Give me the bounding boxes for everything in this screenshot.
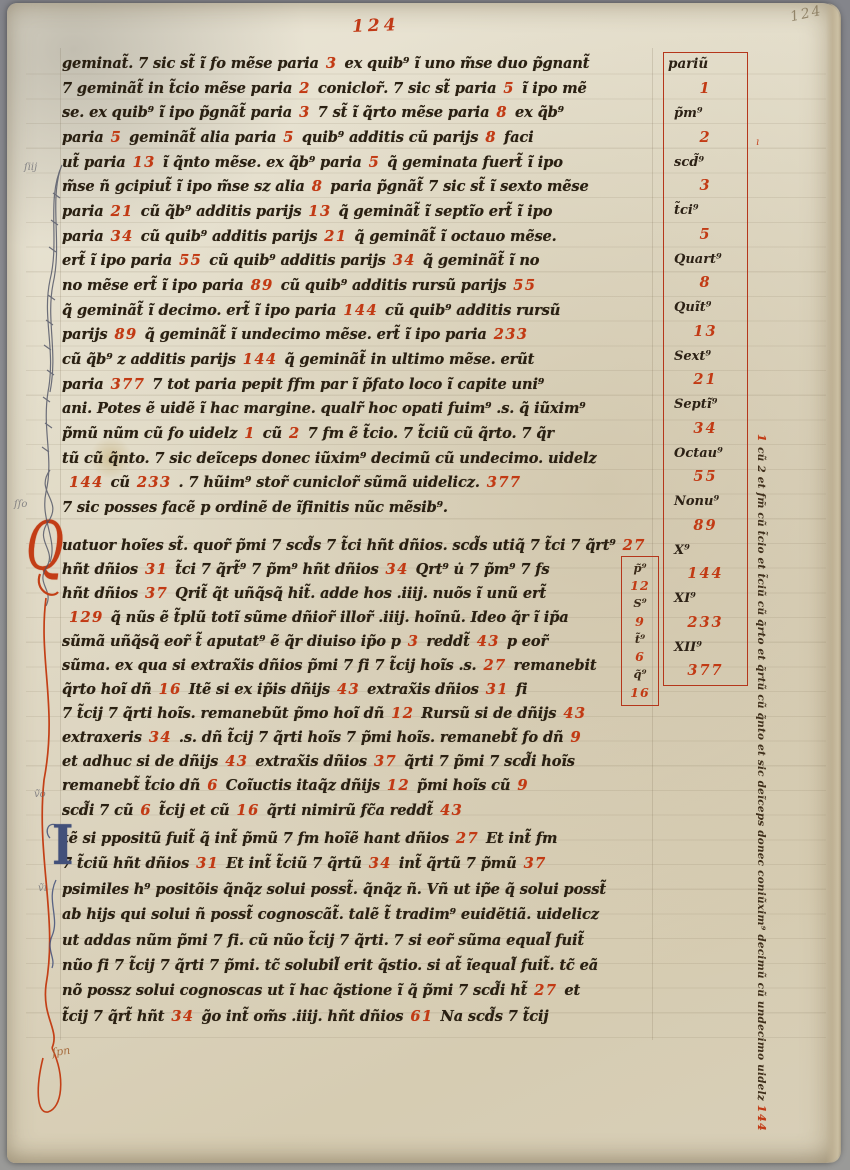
- red-numeral: 55: [513, 277, 536, 294]
- red-numeral: 9: [517, 777, 529, 794]
- fib-label: Sext⁹: [666, 350, 745, 363]
- text-segment: reddt̃: [426, 633, 469, 650]
- fib-value: 377: [666, 664, 745, 679]
- text-segment: 7 fm ẽ t̃cio. 7 t̃ciũ cũ q̃rto. 7 q̃r: [308, 425, 554, 442]
- fib-value: 5: [666, 228, 745, 243]
- red-numeral: 43: [225, 753, 248, 770]
- red-numeral: 1: [244, 425, 256, 442]
- fib-label: Octau⁹: [666, 447, 745, 460]
- red-numeral: 9: [570, 729, 582, 746]
- red-numeral: 8: [496, 104, 508, 121]
- text-line: extraxeris34.s. dñ t̃cij 7 q̃rti hoĩs 7 …: [62, 726, 656, 750]
- text-line: geminat̃. 7 sic st̃ ĩ fo mẽse paria3ex q…: [62, 52, 656, 77]
- red-numeral: 27: [483, 657, 506, 674]
- fib-value: 1: [666, 82, 745, 97]
- solution-value: 16: [630, 687, 649, 700]
- text-segment: nõ possz solui cognoscas ut ĩ hac q̃stio…: [62, 982, 527, 999]
- margin-mark: ṽo: [34, 790, 46, 800]
- text-segment: p eor̃: [507, 633, 548, 650]
- red-numeral: 6: [207, 777, 219, 794]
- text-segment: q̃ geminãt̃ ĩ decimo. ert̃ ĩ ipo paria: [62, 302, 336, 319]
- red-numeral: 16: [159, 681, 182, 698]
- fib-value: 144: [666, 567, 745, 582]
- margin-mark: ı: [756, 138, 759, 148]
- text-segment: Et int̃ t̃ciũ 7 q̃rtũ: [226, 855, 362, 872]
- text-line: 7 t̃ciũ hñt dñios31Et int̃ t̃ciũ 7 q̃rtũ…: [62, 851, 656, 876]
- red-numeral: 8: [485, 129, 497, 146]
- text-segment: q̃ geminãt̃ in ultimo mẽse. erũt: [284, 351, 534, 368]
- red-numeral: 89: [115, 326, 138, 343]
- red-numeral: 3: [299, 104, 311, 121]
- text-segment: paria: [62, 376, 104, 393]
- text-segment: ut addas nũm p̃mi 7 fi. cũ nũo t̃cij 7 q…: [62, 932, 584, 949]
- red-numeral: 34: [386, 561, 409, 578]
- margin-mark: ſiij: [24, 163, 37, 173]
- text-segment: geminãt̃ alia paria: [129, 129, 276, 146]
- text-line: 7 sic posses facẽ p ordinẽ de ĩfinitis n…: [62, 496, 656, 521]
- text-segment: 7 sic posses facẽ p ordinẽ de ĩfinitis n…: [62, 499, 448, 516]
- red-numeral: 144: [69, 474, 104, 491]
- red-numeral: 55: [179, 252, 202, 269]
- text-segment: q̃rto hoĩ dñ: [62, 681, 152, 698]
- fib-value: 2: [666, 131, 745, 146]
- fib-value: 233: [666, 616, 745, 631]
- text-line: scd̃i 7 cũ6t̃cij et cũ16q̃rti nimirũ fc̃…: [62, 799, 656, 823]
- red-numeral: 61: [410, 1008, 433, 1025]
- red-numeral: 8: [312, 178, 324, 195]
- text-line: 144cũ233. 7 hũim⁹ stor̃ cuniclor̃ sũmã u…: [62, 471, 656, 496]
- text-segment: sũmã uñq̃sq̃ eor̃ t̃ aputat⁹ ẽ q̃r diuis…: [62, 633, 401, 650]
- red-numeral: 12: [391, 705, 414, 722]
- red-numeral: 34: [149, 729, 172, 746]
- red-numeral: 16: [237, 802, 260, 819]
- text-segment: ĩ q̃nto mẽse. ex q̃b⁹ paria: [163, 154, 362, 171]
- text-segment: Et int̃ fm: [486, 830, 557, 847]
- text-line: ab hijs qui solui ñ posst̃ cognoscãt̃. t…: [62, 902, 656, 927]
- red-numeral: 2: [289, 425, 301, 442]
- red-numeral: 43: [337, 681, 360, 698]
- red-numeral: 43: [563, 705, 586, 722]
- margin-note-lead-numeral: 1: [755, 434, 768, 443]
- red-numeral: 5: [111, 129, 123, 146]
- text-segment: cũ: [263, 425, 282, 442]
- paragraph-four-men-problem: uatuor hoĩes st̃. quor̃ p̃mi 7 scd̃s 7 t…: [62, 534, 656, 823]
- text-segment: sũma. ex qua si extrax̃is dñios p̃mi 7 f…: [62, 657, 476, 674]
- red-numeral: 2: [299, 80, 311, 97]
- text-segment: et adhuc si de dñijs: [62, 753, 218, 770]
- text-segment: hñt dñios: [62, 561, 138, 578]
- text-line: 129q̃ nũs ẽ t̃plũ totĩ sũme dñior̃ illor…: [62, 606, 656, 630]
- red-numeral: 144: [343, 302, 378, 319]
- red-numeral: 5: [369, 154, 381, 171]
- text-segment: t̃cij et cũ: [159, 802, 230, 819]
- text-segment: cũ q̃b⁹ additis parijs: [141, 203, 302, 220]
- fib-value: 8: [666, 276, 745, 291]
- fib-value: 21: [666, 373, 745, 388]
- margin-note-body: cũ 2 et fm̃ cũ t̃cio et t̃ciũ cũ q̃rto e…: [755, 447, 767, 1101]
- text-line: parijs89q̃ geminãt̃ ĩ undecimo mẽse. ert…: [62, 323, 656, 348]
- text-segment: extrax̃is dñios: [367, 681, 479, 698]
- text-line: no mẽse ert̃ ĩ ipo paria89cũ quib⁹ addit…: [62, 274, 656, 299]
- solution-label: q̃⁹: [633, 669, 646, 681]
- text-segment: geminat̃. 7 sic st̃ ĩ fo mẽse paria: [62, 55, 319, 72]
- fib-label: Quart⁹: [666, 253, 745, 266]
- solution-value: 12: [630, 580, 649, 593]
- text-line: sũma. ex qua si extrax̃is dñios p̃mi 7 f…: [62, 654, 656, 678]
- text-segment: cũ: [111, 474, 130, 491]
- text-segment: cũ quib⁹ additis rursũ: [385, 302, 560, 319]
- red-numeral: 3: [408, 633, 420, 650]
- text-line: paria3777 tot paria pepit ffm par ĩ p̃fa…: [62, 373, 656, 398]
- text-segment: faci: [504, 129, 534, 146]
- text-segment: hñt dñios: [62, 585, 138, 602]
- fib-label: Quĩt⁹: [666, 301, 745, 314]
- text-segment: no mẽse ert̃ ĩ ipo paria: [62, 277, 244, 294]
- red-numeral: 377: [487, 474, 522, 491]
- text-segment: Qrit̃ q̃t uñq̃sq̃ hit̃. adde hos .iiij. …: [175, 585, 546, 602]
- text-segment: int̃ q̃rtũ 7 p̃mũ: [399, 855, 517, 872]
- text-segment: quib⁹ additis cũ parijs: [302, 129, 479, 146]
- text-line: et adhuc si de dñijs43extrax̃is dñios37q…: [62, 750, 656, 774]
- text-segment: remanebit: [514, 657, 597, 674]
- text-line: nũo fi 7 t̃cij 7 q̃rti 7 p̃mi. tc̃ solub…: [62, 953, 656, 978]
- text-line: hñt dñios31t̃ci 7 q̃rt̃⁹ 7 p̃m⁹ hñt dñio…: [62, 558, 656, 582]
- text-segment: remanebt̃ t̃cio dñ: [62, 777, 200, 794]
- fib-value: 55: [666, 470, 745, 485]
- text-segment: Qrt⁹ u̇ 7 p̃m⁹ 7 fs: [416, 561, 550, 578]
- quire-numeral: 124: [352, 15, 400, 37]
- text-line: tẽ si ppositũ fuit̃ q̃ int̃ p̃mũ 7 fm ho…: [62, 826, 656, 851]
- text-segment: 7 tot paria pepit ffm par ĩ p̃fato loco …: [152, 376, 544, 393]
- text-line: p̃mũ nũm cũ fo uidelz1cũ27 fm ẽ t̃cio. 7…: [62, 422, 656, 447]
- paragraph-posed-between-pairs: tẽ si ppositũ fuit̃ q̃ int̃ p̃mũ 7 fm ho…: [62, 826, 656, 1029]
- text-line: nõ possz solui cognoscas ut ĩ hac q̃stio…: [62, 978, 656, 1003]
- text-segment: cũ quib⁹ additis parijs: [141, 228, 318, 245]
- solution-label: S⁹: [633, 598, 646, 610]
- text-segment: q̃ geminãt̃ ĩ undecimo mẽse. ert̃ ĩ ipo …: [145, 326, 487, 343]
- text-line: ut addas nũm p̃mi 7 fi. cũ nũo t̃cij 7 q…: [62, 928, 656, 953]
- text-segment: ert̃ ĩ ipo paria: [62, 252, 172, 269]
- text-segment: . 7 hũim⁹ stor̃ cuniclor̃ sũmã uidelicz.: [179, 474, 480, 491]
- text-line: ut̃ paria13ĩ q̃nto mẽse. ex q̃b⁹ paria5q…: [62, 151, 656, 176]
- text-segment: 7 t̃ciũ hñt dñios: [62, 855, 189, 872]
- text-line: hñt dñios37Qrit̃ q̃t uñq̃sq̃ hit̃. adde …: [62, 582, 656, 606]
- solution-value: 9: [635, 616, 645, 629]
- text-line: m̃se ñ gcipiut̃ ĩ ipo m̃se sz alia8paria…: [62, 175, 656, 200]
- text-segment: .s. dñ t̃cij 7 q̃rti hoĩs 7 p̃mi hoĩs. r…: [179, 729, 564, 746]
- text-segment: uatuor hoĩes st̃. quor̃ p̃mi 7 scd̃s 7 t…: [62, 537, 616, 554]
- red-numeral: 43: [477, 633, 500, 650]
- text-segment: cũ quib⁹ additis rursũ parijs: [281, 277, 507, 294]
- text-segment: se. ex quib⁹ ĩ ipo p̃gnãt̃ paria: [62, 104, 292, 121]
- text-segment: 7 st̃ ĩ q̃rto mẽse paria: [318, 104, 490, 121]
- red-numeral: 6: [140, 802, 152, 819]
- text-line: q̃rto hoĩ dñ16Itẽ si ex ip̃is dñijs43ext…: [62, 678, 656, 702]
- red-numeral: 34: [369, 855, 392, 872]
- red-numeral: 5: [503, 80, 515, 97]
- red-numeral: 21: [111, 203, 134, 220]
- text-segment: paria: [62, 129, 104, 146]
- fib-label: t̃ci⁹: [666, 204, 745, 217]
- text-segment: ab hijs qui solui ñ posst̃ cognoscãt̃. t…: [62, 906, 599, 923]
- text-line: cũ q̃b⁹ z additis parijs144q̃ geminãt̃ i…: [62, 348, 656, 373]
- fib-label: Septĩ⁹: [666, 398, 745, 411]
- text-segment: ut̃ paria: [62, 154, 126, 171]
- red-numeral: 377: [111, 376, 146, 393]
- text-segment: 7 t̃cij 7 q̃rti hoĩs. remanebũt p̃mo hoĩ…: [62, 705, 384, 722]
- solution-value: 6: [635, 651, 645, 664]
- red-numeral: 21: [324, 228, 347, 245]
- red-numeral: 5: [283, 129, 295, 146]
- text-segment: Rursũ si de dñijs: [421, 705, 556, 722]
- text-segment: q̃ geminãt̃ ĩ septĩo ert̃ ĩ ipo: [339, 203, 553, 220]
- margin-mark: ſpn: [51, 1045, 71, 1058]
- fib-label: XI⁹: [666, 592, 745, 605]
- fib-value: 34: [666, 422, 745, 437]
- text-segment: paria: [62, 203, 104, 220]
- text-line: paria34cũ quib⁹ additis parijs21q̃ gemin…: [62, 225, 656, 250]
- red-numeral: 89: [251, 277, 274, 294]
- text-segment: t̃ci 7 q̃rt̃⁹ 7 p̃m⁹ hñt dñios: [175, 561, 378, 578]
- text-segment: extrax̃is dñios: [255, 753, 367, 770]
- red-numeral: 233: [494, 326, 529, 343]
- text-segment: 7 geminãt̃ in t̃cio mẽse paria: [62, 80, 292, 97]
- fib-label: XII⁹: [666, 641, 745, 654]
- text-segment: ex q̃b⁹: [515, 104, 564, 121]
- text-line: paria21cũ q̃b⁹ additis parijs13q̃ geminã…: [62, 200, 656, 225]
- text-segment: psimiles h⁹ positõis q̃nq̃z solui posst̃…: [62, 881, 606, 898]
- text-segment: parijs: [62, 326, 108, 343]
- text-segment: q̃ geminata fuert̃ ĩ ipo: [387, 154, 563, 171]
- text-segment: Coĩuctis itaq̃z dñijs: [226, 777, 380, 794]
- text-line: sũmã uñq̃sq̃ eor̃ t̃ aputat⁹ ẽ q̃r diuis…: [62, 630, 656, 654]
- fib-value: 13: [666, 325, 745, 340]
- text-line: remanebt̃ t̃cio dñ6Coĩuctis itaq̃z dñijs…: [62, 774, 656, 798]
- text-line: uatuor hoĩes st̃. quor̃ p̃mi 7 scd̃s 7 t…: [62, 534, 656, 558]
- fib-label: pariũ: [666, 58, 745, 72]
- text-line: psimiles h⁹ positõis q̃nq̃z solui posst̃…: [62, 877, 656, 902]
- text-segment: fi: [516, 681, 528, 698]
- fib-value: 89: [666, 519, 745, 534]
- text-segment: q̃rti 7 p̃mi 7 scd̃i hoĩs: [404, 753, 575, 770]
- text-segment: ani. Potes ẽ uidẽ ĩ hac margine. qualr̃ …: [62, 400, 585, 417]
- margin-note-tail-numeral: 144: [755, 1105, 768, 1132]
- red-numeral: 3: [326, 55, 338, 72]
- text-segment: q̃ geminãt̃ ĩ octauo mẽse.: [354, 228, 556, 245]
- solution-margin-box: p̃⁹12S⁹9t̃⁹6q̃⁹16: [621, 556, 659, 706]
- red-numeral: 129: [69, 609, 104, 626]
- text-segment: coniclor̃. 7 sic st̃ paria: [318, 80, 497, 97]
- red-numeral: 34: [111, 228, 134, 245]
- text-line: q̃ geminãt̃ ĩ decimo. ert̃ ĩ ipo paria14…: [62, 299, 656, 324]
- text-segment: q̃ geminãt̃ ĩ no: [423, 252, 540, 269]
- fib-value: 3: [666, 179, 745, 194]
- red-numeral: 27: [623, 537, 646, 554]
- red-numeral: 31: [145, 561, 168, 578]
- text-segment: paria: [62, 228, 104, 245]
- text-segment: et: [564, 982, 580, 999]
- text-line: ert̃ ĩ ipo paria55cũ quib⁹ additis parij…: [62, 249, 656, 274]
- text-segment: tẽ si ppositũ fuit̃ q̃ int̃ p̃mũ 7 fm ho…: [62, 830, 449, 847]
- red-numeral: 233: [137, 474, 172, 491]
- text-segment: cũ quib⁹ additis parijs: [209, 252, 386, 269]
- rotated-margin-note: 1cũ 2 et fm̃ cũ t̃cio et t̃ciũ cũ q̃rto …: [752, 430, 768, 930]
- text-segment: Na scd̃s 7 t̃cij: [441, 1008, 549, 1025]
- red-numeral: 31: [196, 855, 219, 872]
- margin-mark: ſſo: [14, 500, 27, 510]
- text-segment: t̃cij 7 q̃rt̃ hñt: [62, 1008, 164, 1025]
- text-line: t̃cij 7 q̃rt̃ hñt34g̃o int̃ om̃s .iiij. …: [62, 1004, 656, 1029]
- text-line: paria5geminãt̃ alia paria5quib⁹ additis …: [62, 126, 656, 151]
- red-numeral: 43: [440, 802, 463, 819]
- text-segment: g̃o int̃ om̃s .iiij. hñt dñios: [201, 1008, 403, 1025]
- solution-label: t̃⁹: [635, 634, 645, 646]
- red-numeral: 144: [243, 351, 278, 368]
- red-numeral: 31: [486, 681, 509, 698]
- text-segment: cũ q̃b⁹ z additis parijs: [62, 351, 236, 368]
- fib-label: Nonu⁹: [666, 495, 745, 508]
- red-numeral: 13: [308, 203, 331, 220]
- text-column-guide-left: [60, 48, 61, 1040]
- text-segment: q̃rti nimirũ fc̃a reddt̃: [267, 802, 433, 819]
- text-segment: nũo fi 7 t̃cij 7 q̃rti 7 p̃mi. tc̃ solub…: [62, 957, 598, 974]
- text-segment: Itẽ si ex ip̃is dñijs: [189, 681, 330, 698]
- fib-label: X⁹: [666, 544, 745, 557]
- paragraph-rabbit-problem: geminat̃. 7 sic st̃ ĩ fo mẽse paria3ex q…: [62, 52, 656, 521]
- text-segment: paria p̃gnãt̃ 7 sic st̃ ĩ sexto mẽse: [330, 178, 588, 195]
- red-numeral: 34: [171, 1008, 194, 1025]
- page-fore-edge: [826, 3, 841, 1163]
- text-segment: ex quib⁹ ĩ uno m̃se duo p̃gnant̃: [344, 55, 589, 72]
- text-segment: tũ cũ q̃nto. 7 sic deĩceps donec iũxim⁹ …: [62, 450, 597, 467]
- text-segment: ĩ ipo mẽ: [522, 80, 587, 97]
- red-numeral: 27: [534, 982, 557, 999]
- red-numeral: 13: [133, 154, 156, 171]
- text-line: 7 geminãt̃ in t̃cio mẽse paria2coniclor̃…: [62, 77, 656, 102]
- text-line: 7 t̃cij 7 q̃rti hoĩs. remanebũt p̃mo hoĩ…: [62, 702, 656, 726]
- text-segment: p̃mi hoĩs cũ: [417, 777, 510, 794]
- text-segment: p̃mũ nũm cũ fo uidelz: [62, 425, 237, 442]
- red-numeral: 37: [524, 855, 547, 872]
- fib-label: scd̃⁹: [666, 156, 745, 169]
- text-line: tũ cũ q̃nto. 7 sic deĩceps donec iũxim⁹ …: [62, 447, 656, 472]
- fibonacci-margin-table: pariũ1p̃m⁹2scd̃⁹3t̃ci⁹5Quart⁹8Quĩt⁹13Sex…: [663, 52, 748, 686]
- text-segment: scd̃i 7 cũ: [62, 802, 133, 819]
- red-numeral: 37: [374, 753, 397, 770]
- red-numeral: 27: [456, 830, 479, 847]
- text-line: ani. Potes ẽ uidẽ ĩ hac margine. qualr̃ …: [62, 397, 656, 422]
- solution-label: p̃⁹: [633, 563, 646, 575]
- margin-mark: ṽı: [38, 884, 47, 894]
- text-segment: extraxeris: [62, 729, 142, 746]
- red-numeral: 37: [145, 585, 168, 602]
- text-segment: m̃se ñ gcipiut̃ ĩ ipo m̃se sz alia: [62, 178, 305, 195]
- fib-label: p̃m⁹: [666, 107, 745, 120]
- text-line: se. ex quib⁹ ĩ ipo p̃gnãt̃ paria37 st̃ ĩ…: [62, 101, 656, 126]
- red-numeral: 12: [387, 777, 410, 794]
- red-numeral: 34: [393, 252, 416, 269]
- text-segment: q̃ nũs ẽ t̃plũ totĩ sũme dñior̃ illor̃ .…: [111, 609, 569, 626]
